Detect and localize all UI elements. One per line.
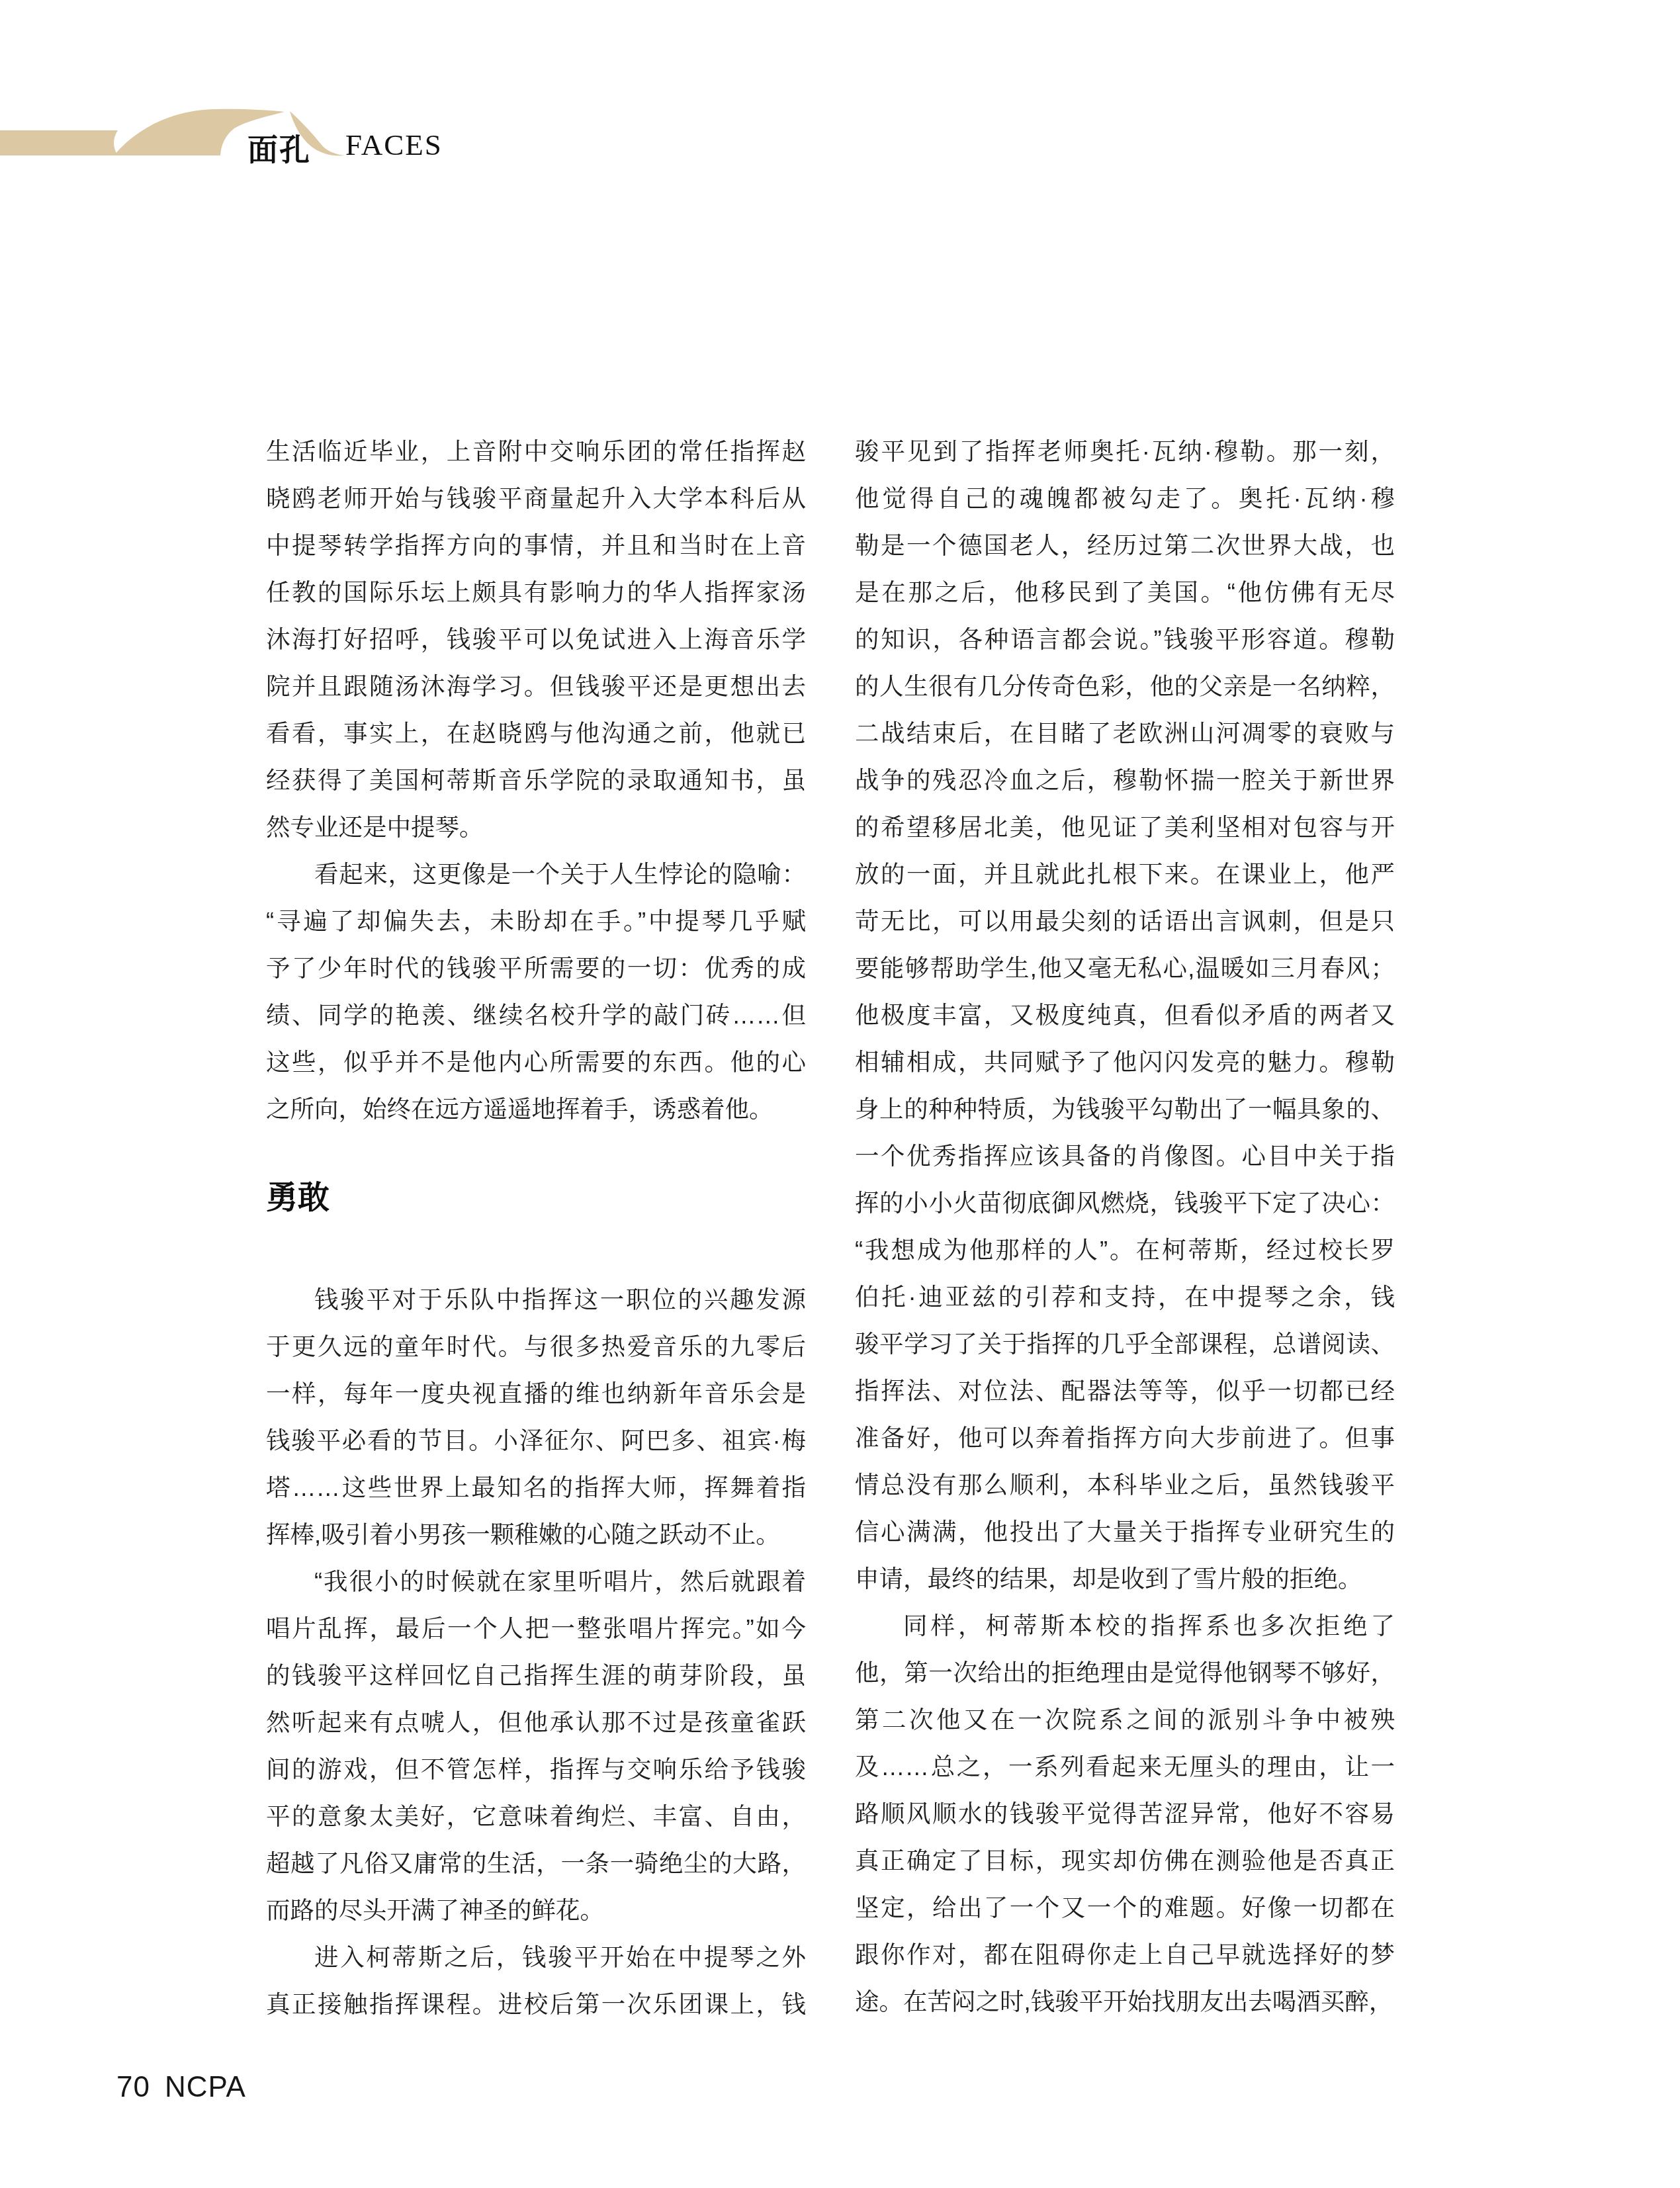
- article-right-column: 骏平见到了指挥老师奥托·瓦纳·穆勒。那一刻，他觉得自己的魂魄都被勾走了。奥托·瓦…: [855, 428, 1395, 2025]
- text-line: 的知识，各种语言都会说。”钱骏平形容道。穆勒: [855, 616, 1395, 663]
- text-line: 晓鸥老师开始与钱骏平商量起升入大学本科后从: [266, 475, 806, 522]
- text-line: 一样，每年一度央视直播的维也纳新年音乐会是: [266, 1370, 806, 1417]
- text-line: 跟你作对，都在阻碍你走上自己早就选择好的梦: [855, 1931, 1395, 1978]
- text-line: 的希望移居北美，他见证了美利坚相对包容与开: [855, 804, 1395, 851]
- section-title-chinese: 面孔: [247, 126, 311, 169]
- page-footer: 70NCPA: [116, 2071, 246, 2104]
- text-line: 准备好，他可以奔着指挥方向大步前进了。但事: [855, 1415, 1395, 1462]
- magazine-page: 面孔 FACES 生活临近毕业，上音附中交响乐团的常任指挥赵晓鸥老师开始与钱骏平…: [0, 0, 1680, 2188]
- text-line: 骏平学习了关于指挥的几乎全部课程，总谱阅读、: [855, 1321, 1395, 1368]
- text-line: 之所向，始终在远方遥遥地挥着手，诱惑着他。: [266, 1086, 806, 1133]
- text-line: 然听起来有点唬人，但他承认那不过是孩童雀跃: [266, 1699, 806, 1746]
- article-left-column: 生活临近毕业，上音附中交响乐团的常任指挥赵晓鸥老师开始与钱骏平商量起升入大学本科…: [266, 428, 806, 2028]
- text-line: 情总没有那么顺利，本科毕业之后，虽然钱骏平: [855, 1462, 1395, 1509]
- text-line: 他极度丰富，又极度纯真，但看似矛盾的两者又: [855, 992, 1395, 1039]
- text-line: 绩、同学的艳羡、继续名校升学的敲门砖……但: [266, 992, 806, 1039]
- text-line: 予了少年时代的钱骏平所需要的一切：优秀的成: [266, 945, 806, 992]
- text-line: 真正确定了目标，现实却仿佛在测验他是否真正: [855, 1837, 1395, 1884]
- text-line: 身上的种种特质，为钱骏平勾勒出了一幅具象的、: [855, 1086, 1395, 1133]
- text-line: 的人生很有几分传奇色彩，他的父亲是一名纳粹，: [855, 663, 1395, 710]
- text-line: 及……总之，一系列看起来无厘头的理由，让一: [855, 1743, 1395, 1790]
- page-number: 70: [116, 2071, 150, 2103]
- text-line: 的钱骏平这样回忆自己指挥生涯的萌芽阶段，虽: [266, 1652, 806, 1699]
- text-line: 苛无比，可以用最尖刻的话语出言讽刺，但是只: [855, 898, 1395, 945]
- text-line: 要能够帮助学生,他又毫无私心,温暖如三月春风；: [855, 945, 1395, 992]
- text-line: 间的游戏，但不管怎样，指挥与交响乐给予钱骏: [266, 1746, 806, 1793]
- text-line: 于更久远的童年时代。与很多热爱音乐的九零后: [266, 1323, 806, 1370]
- text-line: 超越了凡俗又庸常的生活，一条一骑绝尘的大路，: [266, 1840, 806, 1887]
- text-line: 他觉得自己的魂魄都被勾走了。奥托·瓦纳·穆: [855, 475, 1395, 522]
- text-line: 然专业还是中提琴。: [266, 804, 806, 851]
- text-line: 伯托·迪亚兹的引荐和支持，在中提琴之余，钱: [855, 1274, 1395, 1321]
- text-line: 指挥法、对位法、配器法等等，似乎一切都已经: [855, 1368, 1395, 1415]
- text-line: 进入柯蒂斯之后，钱骏平开始在中提琴之外: [266, 1934, 806, 1981]
- text-line: 看看，事实上，在赵晓鸥与他沟通之前，他就已: [266, 710, 806, 757]
- text-line: “我想成为他那样的人”。在柯蒂斯，经过校长罗: [855, 1227, 1395, 1274]
- text-line: 申请，最终的结果，却是收到了雪片般的拒绝。: [855, 1555, 1395, 1602]
- text-line: 看起来，这更像是一个关于人生悖论的隐喻：: [266, 851, 806, 898]
- text-line: 信心满满，他投出了大量关于指挥专业研究生的: [855, 1509, 1395, 1555]
- text-line: 是在那之后，他移民到了美国。“他仿佛有无尽: [855, 569, 1395, 616]
- text-line: 任教的国际乐坛上颇具有影响力的华人指挥家汤: [266, 569, 806, 616]
- text-line: “寻遍了却偏失去，未盼却在手。”中提琴几乎赋: [266, 898, 806, 945]
- text-line: 挥棒,吸引着小男孩一颗稚嫩的心随之跃动不止。: [266, 1511, 806, 1558]
- text-line: 平的意象太美好，它意味着绚烂、丰富、自由，: [266, 1793, 806, 1840]
- text-line: 途。在苦闷之时,钱骏平开始找朋友出去喝酒买醉，: [855, 1978, 1395, 2025]
- journal-name: NCPA: [165, 2071, 246, 2103]
- text-line: 二战结束后，在目睹了老欧洲山河凋零的衰败与: [855, 710, 1395, 757]
- text-line: 挥的小小火苗彻底御风燃烧，钱骏平下定了决心：: [855, 1180, 1395, 1227]
- text-line: 这些，似乎并不是他内心所需要的东西。他的心: [266, 1039, 806, 1086]
- text-line: 一个优秀指挥应该具备的肖像图。心目中关于指: [855, 1133, 1395, 1180]
- text-line: 院并且跟随汤沐海学习。但钱骏平还是更想出去: [266, 663, 806, 710]
- text-line: 而路的尽头开满了神圣的鲜花。: [266, 1887, 806, 1934]
- text-line: 坚定，给出了一个又一个的难题。好像一切都在: [855, 1884, 1395, 1931]
- text-line: 路顺风顺水的钱骏平觉得苦涩异常，他好不容易: [855, 1790, 1395, 1837]
- text-line: 第二次他又在一次院系之间的派别斗争中被殃: [855, 1696, 1395, 1743]
- text-line: 钱骏平对于乐队中指挥这一职位的兴趣发源: [266, 1276, 806, 1323]
- text-line: 唱片乱挥，最后一个人把一整张唱片挥完。”如今: [266, 1605, 806, 1652]
- text-line: 他，第一次给出的拒绝理由是觉得他钢琴不够好，: [855, 1649, 1395, 1696]
- header-bar-shape: [0, 130, 118, 155]
- text-line: 勒是一个德国老人，经历过第二次世界大战，也: [855, 522, 1395, 569]
- text-line: 战争的残忍冷血之后，穆勒怀揣一腔关于新世界: [855, 757, 1395, 804]
- section-title-english: FACES: [345, 128, 443, 162]
- text-line: “我很小的时候就在家里听唱片，然后就跟着: [266, 1558, 806, 1605]
- section-heading: 勇敢: [266, 1174, 806, 1221]
- text-line: 放的一面，并且就此扎根下来。在课业上，他严: [855, 851, 1395, 898]
- text-line: 沐海打好招呼，钱骏平可以免试进入上海音乐学: [266, 616, 806, 663]
- text-line: 中提琴转学指挥方向的事情，并且和当时在上音: [266, 522, 806, 569]
- text-line: 骏平见到了指挥老师奥托·瓦纳·穆勒。那一刻，: [855, 428, 1395, 475]
- text-line: 塔……这些世界上最知名的指挥大师，挥舞着指: [266, 1464, 806, 1511]
- text-line: 钱骏平必看的节目。小泽征尔、阿巴多、祖宾·梅: [266, 1417, 806, 1464]
- text-line: 经获得了美国柯蒂斯音乐学院的录取通知书，虽: [266, 757, 806, 804]
- text-line: 同样，柯蒂斯本校的指挥系也多次拒绝了: [855, 1602, 1395, 1649]
- text-line: 相辅相成，共同赋予了他闪闪发亮的魅力。穆勒: [855, 1039, 1395, 1086]
- text-line: 生活临近毕业，上音附中交响乐团的常任指挥赵: [266, 428, 806, 475]
- text-line: 真正接触指挥课程。进校后第一次乐团课上，钱: [266, 1981, 806, 2028]
